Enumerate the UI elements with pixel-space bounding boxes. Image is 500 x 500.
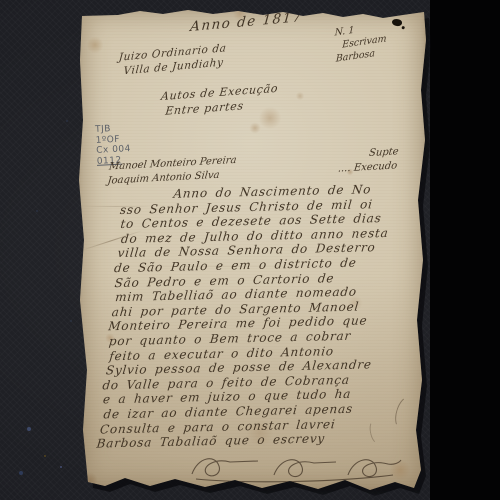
defendant-role-label: .... Execudo [337, 159, 398, 176]
year-heading: Anno de 1817 [190, 9, 304, 35]
manuscript-body: Anno do Nascimento de Nosso Senhor Jesus… [98, 181, 406, 451]
case-title: Autos de ExecuçãoEntre partes [159, 81, 279, 119]
background-speckles [0, 0, 2, 2]
court-heading: Juizo Ordinario daVilla de Jundiahy [117, 41, 227, 79]
black-margin-strip [430, 0, 500, 500]
pen-flourish-curl [392, 394, 419, 432]
archive-note-line: Cx 004 [96, 144, 131, 156]
ink-blot [391, 18, 403, 28]
manuscript-photo: Anno de 1817 N. 1EscrivamBarbosa Juizo O… [0, 0, 500, 500]
manuscript-page: Anno de 1817 N. 1EscrivamBarbosa Juizo O… [78, 8, 426, 491]
corner-annotation: N. 1EscrivamBarbosa [334, 19, 388, 66]
signature-rubric-flourish [188, 448, 403, 484]
